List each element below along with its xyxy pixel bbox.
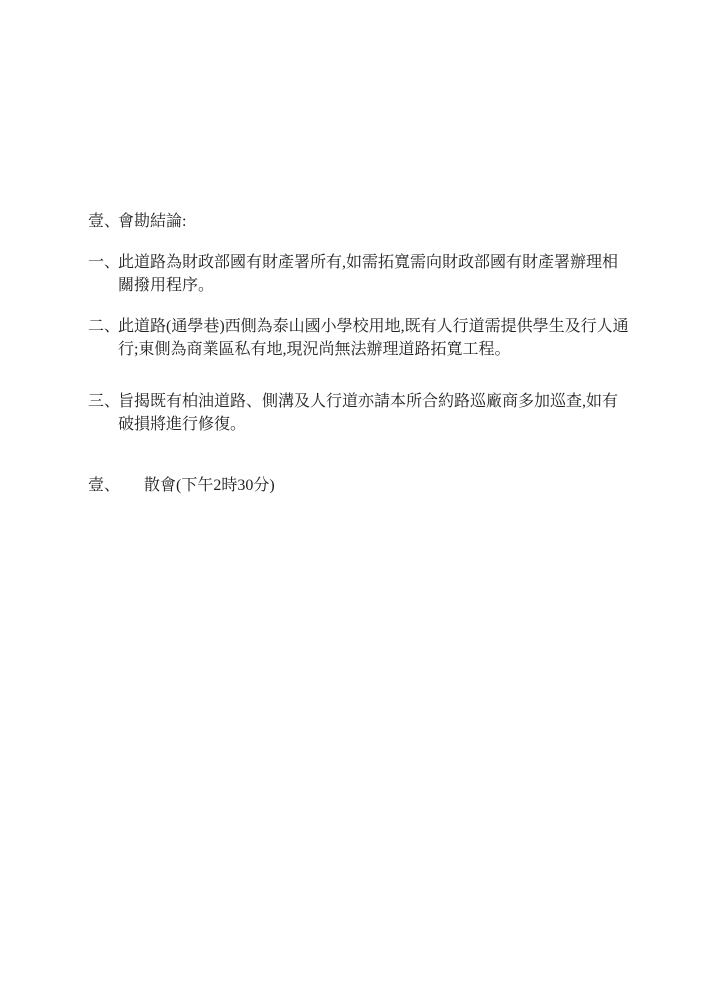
list-item-2: 二、 此道路(通學巷)西側為泰山國小學校用地,既有人行道需提供學生及行人通行;東…: [88, 315, 632, 361]
document-page: 壹、 會勘結論: 一、 此道路為財政部國有財產署所有,如需拓寬需向財政部國有財產…: [0, 0, 707, 1000]
section-heading-marker: 壹、: [88, 210, 118, 233]
closing-line: 壹、 散會(下午2時30分): [88, 474, 275, 497]
list-item-3-text: 旨揭既有柏油道路、側溝及人行道亦請本所合約路巡廠商多加巡查,如有破損將進行修復。: [118, 390, 632, 436]
list-item-1: 一、 此道路為財政部國有財產署所有,如需拓寬需向財政部國有財產署辦理相關撥用程序…: [88, 251, 632, 297]
list-item-3: 三、 旨揭既有柏油道路、側溝及人行道亦請本所合約路巡廠商多加巡查,如有破損將進行…: [88, 390, 632, 436]
section-heading: 壹、 會勘結論:: [88, 210, 186, 233]
section-heading-text: 會勘結論:: [118, 210, 186, 233]
list-item-2-text: 此道路(通學巷)西側為泰山國小學校用地,既有人行道需提供學生及行人通行;東側為商…: [118, 315, 632, 361]
list-item-1-text: 此道路為財政部國有財產署所有,如需拓寬需向財政部國有財產署辦理相關撥用程序。: [118, 251, 632, 297]
list-item-2-marker: 二、: [88, 315, 118, 338]
closing-line-marker: 壹、: [88, 474, 118, 497]
list-item-3-marker: 三、: [88, 390, 118, 413]
closing-line-text: 散會(下午2時30分): [144, 474, 275, 497]
list-item-1-marker: 一、: [88, 251, 118, 274]
